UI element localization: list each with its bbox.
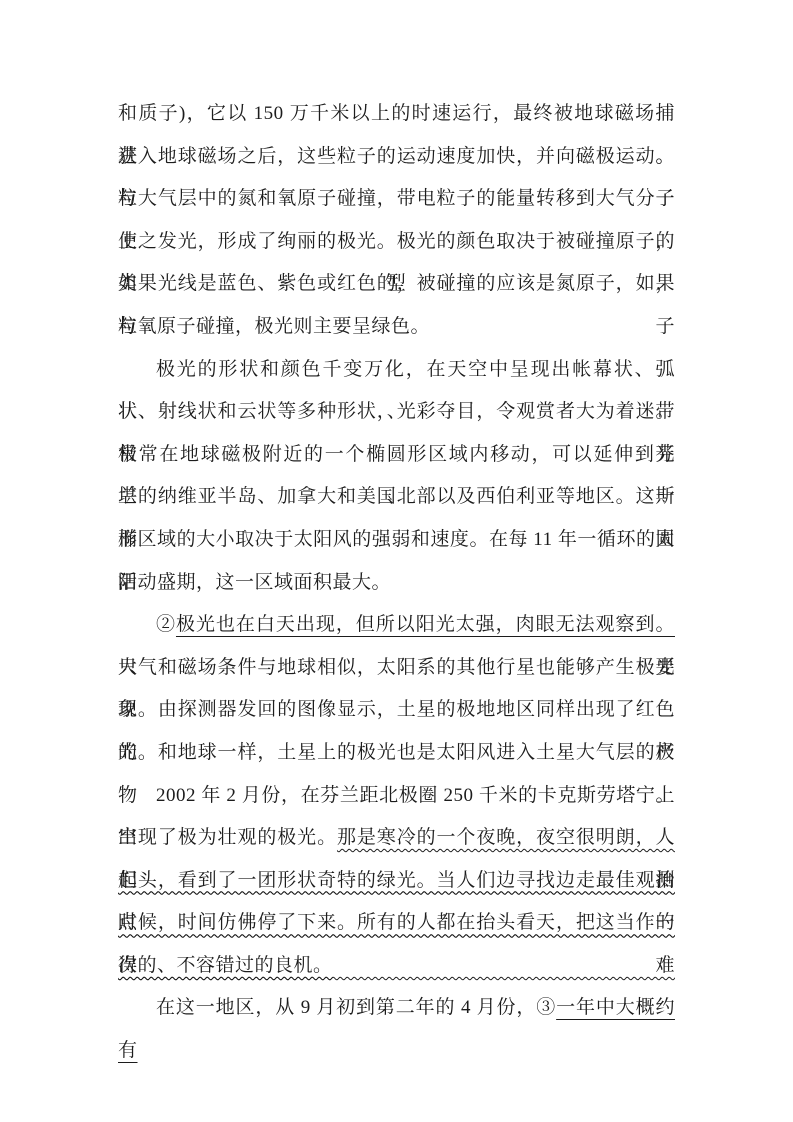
solid-underlined-text: 极光也在白天出现，但所以阳光太强，肉眼无法观察到。 bbox=[176, 614, 675, 635]
text-line: ②极光也在白天出现，但所以阳光太强，肉眼无法观察到。只要 bbox=[118, 604, 675, 647]
text-line: 时候，时间仿佛停了下来。所有的人都在抬头看天，把这当作一次难 bbox=[118, 902, 675, 945]
text-segment: 与氧原子碰撞，极光则主要呈绿色。 bbox=[118, 316, 430, 337]
text-line: 在这一地区，从 9 月初到第二年的 4 月份，③一年中大概约有 bbox=[118, 987, 675, 1030]
text-segment: 出现了极为壮观的极光。 bbox=[118, 827, 337, 848]
text-line: 活动盛期，这一区域面积最大。 bbox=[118, 562, 675, 605]
text-line: 进入地球磁场之后，这些粒子的运动速度加快，并向磁极运动。粒子 bbox=[118, 136, 675, 179]
text-line: 起头，看到了一团形状奇特的绿光。当人们边寻找边走最佳观测点的 bbox=[118, 860, 675, 903]
text-line: 与大气层中的氮和氧原子碰撞，带电粒子的能量转移到大气分子上， bbox=[118, 178, 675, 221]
text-line: 出现了极为壮观的极光。那是寒冷的一个夜晚，夜空很明朗，人们抬 bbox=[118, 817, 675, 860]
text-line: 常常在地球磁极附近的一个椭圆形区域内移动，可以延伸到芬兰、斯 bbox=[118, 434, 675, 477]
text-line: 象。由探测器发回的图像显示，土星的极地地区同样出现了红色的极 bbox=[118, 689, 675, 732]
document-body: 和质子)，它以 150 万千米以上的时速运行，最终被地球磁场捕获。进入地球磁场之… bbox=[118, 93, 675, 1030]
text-line: 堪的纳维亚半岛、加拿大和美国北部以及西伯利亚等地区。这一椭圆 bbox=[118, 476, 675, 519]
text-segment: 活动盛期，这一区域面积最大。 bbox=[118, 572, 391, 593]
wavy-underlined-text: 得的、不容错过的良机。 bbox=[118, 955, 333, 976]
text-segment: ② bbox=[156, 614, 176, 635]
text-line: 形区域的大小取决于太阳风的强弱和速度。在每 11 年一循环的太阳 bbox=[118, 519, 675, 562]
text-line: 如果光线是蓝色、紫色或红色的，被碰撞的应该是氮原子，如果粒子 bbox=[118, 263, 675, 306]
text-line: 使之发光，形成了绚丽的极光。极光的颜色取决于被碰撞原子的类型， bbox=[118, 221, 675, 264]
text-line: 极光的形状和颜色千变万化，在天空中呈现出帐幕状、弧状、带 bbox=[118, 349, 675, 392]
text-line: 2002 年 2 月份，在芬兰距北极圈 250 千米的卡克斯劳塔宁上空 bbox=[118, 775, 675, 818]
text-line: 状、射线状和云状等多种形状，光彩夺目，令观赏者大为着迷。极光 bbox=[118, 391, 675, 434]
text-segment: 在这一地区，从 9 月初到第二年的 4 月份， bbox=[156, 997, 536, 1018]
text-line: 光。和地球一样，土星上的极光也是太阳风进入土星大气层的产物。 bbox=[118, 732, 675, 775]
text-line: 大气和磁场条件与地球相似，太阳系的其他行星也能够产生极光现 bbox=[118, 647, 675, 690]
text-line: 和质子)，它以 150 万千米以上的时速运行，最终被地球磁场捕获。 bbox=[118, 93, 675, 136]
text-segment: ③ bbox=[536, 997, 556, 1018]
document-page: 和质子)，它以 150 万千米以上的时速运行，最终被地球磁场捕获。进入地球磁场之… bbox=[0, 0, 793, 1122]
